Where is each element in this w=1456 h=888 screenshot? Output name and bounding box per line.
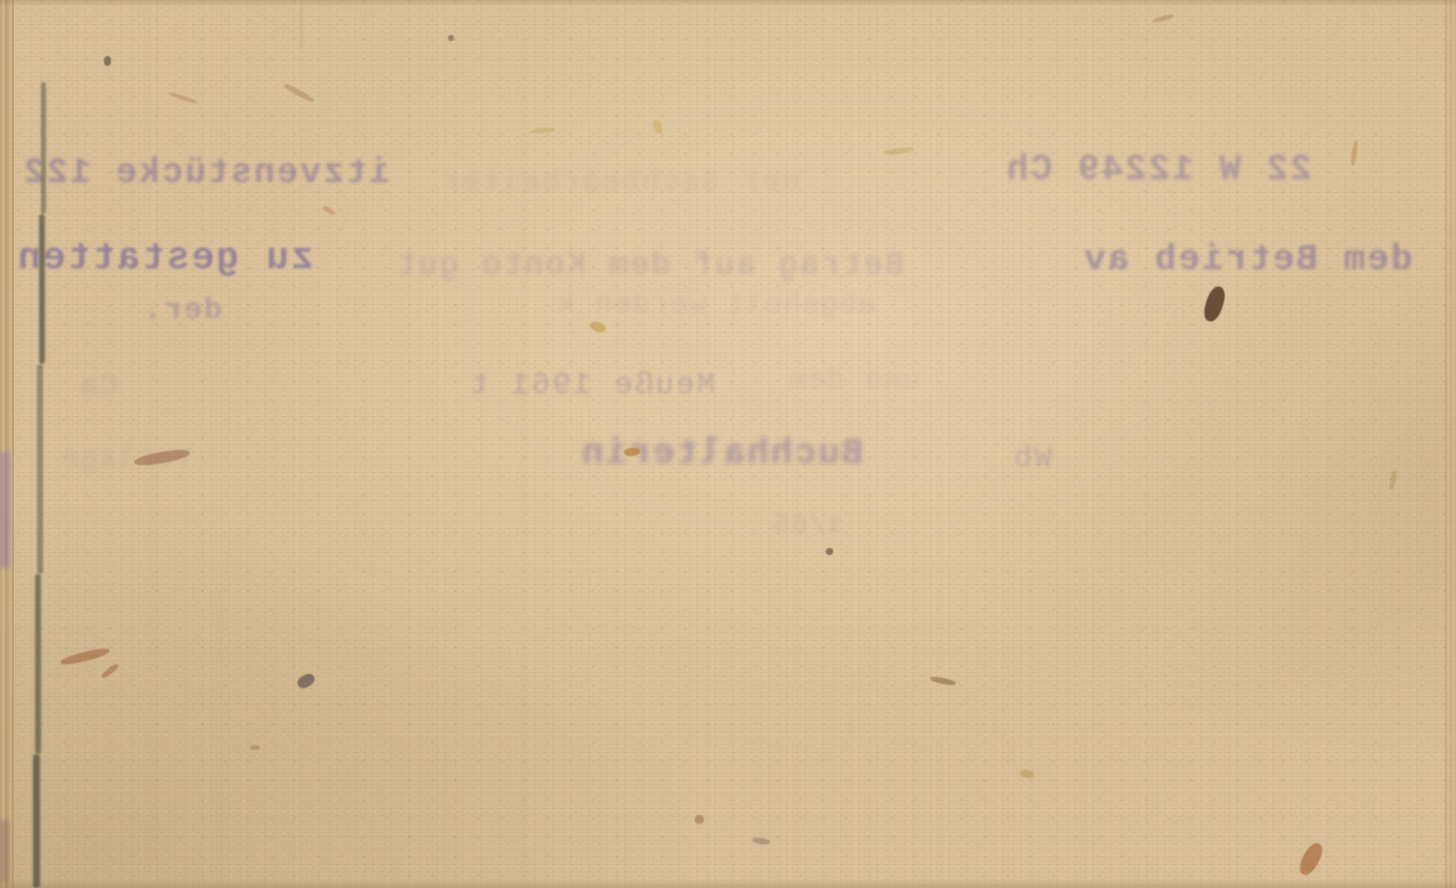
fiber-fleck: [652, 119, 664, 135]
bleed-row2-right: dem Betrieb av: [1082, 242, 1412, 278]
fiber-fleck: [1296, 840, 1326, 878]
scanner-edge-band-right: [1445, 0, 1456, 888]
grain-line-3: [218, 590, 220, 888]
bleed-row4-right: Wb: [1012, 444, 1052, 474]
bleed-row5-ghost: 1/65: [772, 512, 842, 538]
fiber-fleck: [100, 662, 119, 679]
fiber-fleck: [1019, 769, 1034, 779]
fiber-fleck: [60, 646, 111, 667]
bleed-row2b-mid: abgeholt werden k: [556, 292, 876, 320]
fiber-fleck: [104, 56, 111, 66]
crease-seg-1: [41, 82, 46, 214]
fiber-fleck: [930, 675, 957, 686]
fiber-fleck: [1388, 470, 1398, 491]
fiber-fleck: [295, 671, 317, 690]
fiber-fleck: [826, 548, 833, 555]
bleed-row3-left: Ca: [78, 372, 118, 402]
fiber-fleck: [322, 205, 337, 216]
bleed-row3-right: und dem: [788, 368, 920, 396]
fiber-fleck: [1152, 13, 1175, 24]
scanner-maroon-patch: [0, 820, 9, 882]
grain-line-1: [152, 300, 154, 860]
bleed-row3-center: Meuße 1961 t: [468, 370, 715, 401]
bleed-row4-smudge: Buchhalterin: [580, 436, 863, 472]
scanner-purple-patch: [0, 452, 10, 568]
fiber-fleck: [884, 146, 915, 156]
bleed-row2-mid: Betrag auf dem Konto gut: [395, 250, 904, 282]
fiber-fleck: [752, 837, 771, 845]
scanner-edge-band-top: [0, 0, 1456, 6]
fiber-fleck: [1350, 140, 1359, 166]
fiber-fleck: [530, 127, 556, 134]
crease-seg-5: [33, 754, 40, 888]
bleed-row2-left: zu gestatten: [16, 240, 314, 278]
scanned-document-page: itzvenstücke 122der Sachbearbeiter22 W 1…: [0, 0, 1456, 888]
scanner-edge-band-left: [0, 0, 14, 888]
bleed-row1-left: itzvenstücke 122: [22, 156, 390, 191]
fiber-fleck: [168, 91, 198, 104]
bleed-row1-mid: der Sachbearbeiter: [440, 168, 800, 198]
fiber-fleck: [695, 815, 704, 824]
fiber-fleck: [283, 82, 316, 103]
fiber-fleck: [250, 745, 260, 750]
bleed-row2b-left: der.: [142, 296, 222, 326]
grain-line-2: [522, 0, 524, 888]
crease-seg-2: [39, 214, 45, 364]
grain-line-4: [300, 0, 303, 48]
crease-seg-4: [35, 574, 41, 754]
bleed-row1-right: 22 W 12249 Ch: [1005, 152, 1312, 188]
fiber-fleck: [448, 35, 454, 41]
fiber-fleck: [1201, 284, 1228, 323]
fiber-fleck: [589, 320, 607, 335]
crease-seg-3: [37, 364, 43, 574]
